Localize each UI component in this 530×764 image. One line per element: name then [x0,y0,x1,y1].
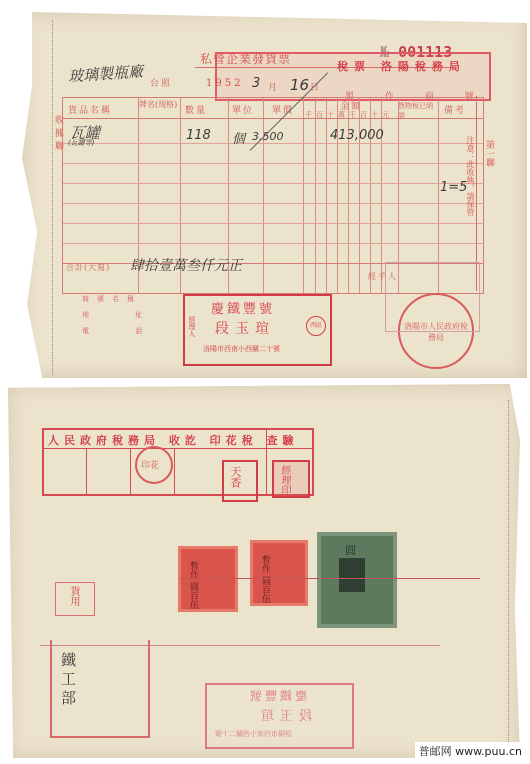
side-note: 注意：此收執，請保管 [465,136,476,216]
stamp-vignette [339,558,365,592]
total-amount-words: 肆拾壹萬叁仟元正 [130,255,242,275]
date-day: 16 [290,76,309,94]
square-seal-2-text: 經理印 [277,465,292,495]
postmark-round-stamp: 印花 [135,446,173,484]
shop-chop-manager: 段玉瑄 [215,318,275,338]
square-seal-2: 經理印 [272,460,310,498]
perforation-line-back [508,400,509,750]
amount-unit-header: 千百十萬千百十元 [305,110,393,120]
tax-header-stamp-text: 稅票 洛陽稅務局 [337,58,466,74]
col-header-remarks: 備考 [444,103,466,116]
buyer-label: 台照 [150,76,172,89]
copy-number: 第一聯 [483,140,496,167]
revenue-stamp-red-1: 暫作 圓百伍 [178,546,238,612]
date-month-label: 月 [268,80,279,93]
revenue-stamp-1-overprint: 暫作 圓百伍 [187,561,200,609]
faint-stamp-box [385,262,480,332]
shop-chop-address: 洛陽市西南小西關二十號 [203,344,280,354]
col-header-quantity: 數量 [185,103,207,116]
shop-chop-back-manager: 段玉瑄 [255,705,312,724]
square-seal-1: 天香 [222,460,258,502]
shop-chop-badge: 西區 [306,316,326,336]
revenue-stamp-red-2: 暫作 圓百伍 [250,540,308,606]
shop-chop-name: 慶鐵豐號 [211,298,275,317]
footer-phone-label: 電 話 [82,326,164,336]
col-header-goods: 貨品名稱 [68,103,112,116]
shop-chop-back-address: 洛陽市西南小西關二十號 [215,729,292,739]
item-amount: 413,000 [330,128,384,143]
usage-stamp: 貨用 [55,582,95,616]
footer-shop-name-label: 商號名稱 [82,294,142,304]
usage-stamp-text: 貨用 [66,586,81,606]
footer-address-label: 地 址 [82,310,164,320]
square-seal-1-text: 天香 [227,466,243,488]
shop-chop-back-name: 慶鐵豐號 [247,687,307,704]
perforation-line [52,20,53,375]
revenue-stamp-green: 圓 [317,532,397,628]
date-month: 3 [252,76,260,91]
site-watermark: 普邮网 www.puu.cn [415,742,526,760]
shop-chop-manager-label: 經理人 [187,316,197,337]
item-name-note: (瓦罐等) [68,138,94,148]
watermark-site: 普邮网 [419,745,452,758]
shop-chop-stamp: 慶鐵豐號 經理人 段玉瑄 洛陽市西南小西關二十號 西區 [183,294,332,366]
cancel-line [180,578,480,579]
date-year: 1952 [206,78,243,89]
revenue-stamp-3-overprint: 圓 [345,542,356,558]
watermark-url: www.puu.cn [455,745,522,758]
col-header-tax-cert: 貨物稅已納證 [398,101,434,121]
item-unit: 個 [232,128,245,147]
total-label: 合計(大寫) [66,262,110,273]
tax-inspection-header-text: 人民政府稅務局 收訖 印花稅 查驗 [48,432,299,448]
postmark-text: 印花 [141,458,159,471]
col-header-brand: 牌名(規格) [139,99,177,110]
item-quantity: 118 [186,128,211,143]
handwritten-department: 鐵工部 [58,652,79,709]
remark-note: 1=5 [440,180,467,195]
col-header-unit: 單位 [232,103,254,116]
shop-chop-stamp-back: 慶鐵豐號 段玉瑄 洛陽市西南小西關二十號 [205,683,354,749]
